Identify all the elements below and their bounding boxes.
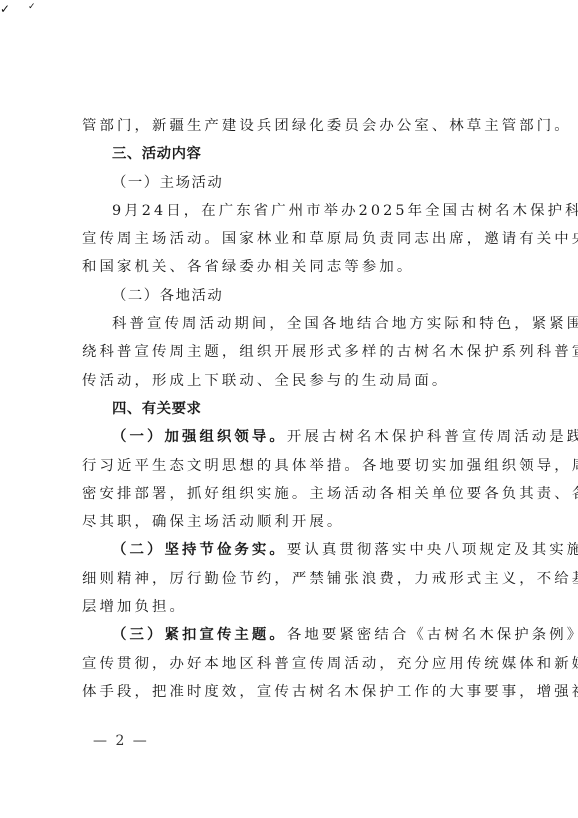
- line-text: 各地要紧密结合《古树名木保护条例》: [287, 627, 578, 643]
- paragraph-line: 管部门，新疆生产建设兵团绿化委员会办公室、林草主管部门。: [82, 112, 502, 140]
- lead-heading: （二）坚持节俭务实。: [112, 541, 287, 558]
- paragraph-line: 传活动，形成上下联动、全民参与的生动局面。: [82, 367, 502, 395]
- paragraph-line: 层增加负担。: [82, 593, 502, 621]
- paragraph-line: 9月24日，在广东省广州市举办2025年全国古树名木保护科普: [82, 197, 502, 225]
- line-text: 要认真贯彻落实中央八项规定及其实施: [287, 542, 578, 558]
- paragraph-line: 宣传周主场活动。国家林业和草原局负责同志出席，邀请有关中央: [82, 225, 502, 253]
- lead-heading: （一）加强组织领导。: [112, 428, 287, 445]
- paragraph-line: 密安排部署，抓好组织实施。主场活动各相关单位要各负其责、各: [82, 480, 502, 508]
- lead-heading: （三）紧扣宣传主题。: [112, 626, 287, 643]
- section-heading: 三、活动内容: [82, 140, 502, 168]
- paragraph-line: （三）紧扣宣传主题。各地要紧密结合《古树名木保护条例》: [82, 621, 502, 649]
- page-number: — 2 —: [93, 733, 149, 749]
- section-heading: 四、有关要求: [82, 395, 502, 423]
- paragraph-line: 细则精神，厉行勤俭节约，严禁铺张浪费，力戒形式主义，不给基: [82, 565, 502, 593]
- document-body: 管部门，新疆生产建设兵团绿化委员会办公室、林草主管部门。三、活动内容（一）主场活…: [82, 112, 502, 706]
- paragraph-line: 绕科普宣传周主题，组织开展形式多样的古树名木保护系列科普宣: [82, 338, 502, 366]
- paragraph-line: （一）加强组织领导。开展古树名木保护科普宣传周活动是践: [82, 423, 502, 451]
- paragraph-line: 宣传贯彻，办好本地区科普宣传周活动，充分应用传统媒体和新媒: [82, 650, 502, 678]
- paragraph-line: 行习近平生态文明思想的具体举措。各地要切实加强组织领导，周: [82, 452, 502, 480]
- paragraph-line: 和国家机关、各省绿委办相关同志等参加。: [82, 253, 502, 281]
- subsection-heading: （一）主场活动: [82, 169, 502, 197]
- scan-mark: ✓: [28, 2, 36, 12]
- paragraph-line: 科普宣传周活动期间，全国各地结合地方实际和特色，紧紧围: [82, 310, 502, 338]
- paragraph-line: 尽其职，确保主场活动顺利开展。: [82, 508, 502, 536]
- line-text: 开展古树名木保护科普宣传周活动是践: [287, 429, 578, 445]
- paragraph-line: （二）坚持节俭务实。要认真贯彻落实中央八项规定及其实施: [82, 536, 502, 564]
- subsection-heading: （二）各地活动: [82, 282, 502, 310]
- scan-mark: ✓: [0, 2, 10, 16]
- paragraph-line: 体手段，把准时度效，宣传古树名木保护工作的大事要事，增强社: [82, 678, 502, 706]
